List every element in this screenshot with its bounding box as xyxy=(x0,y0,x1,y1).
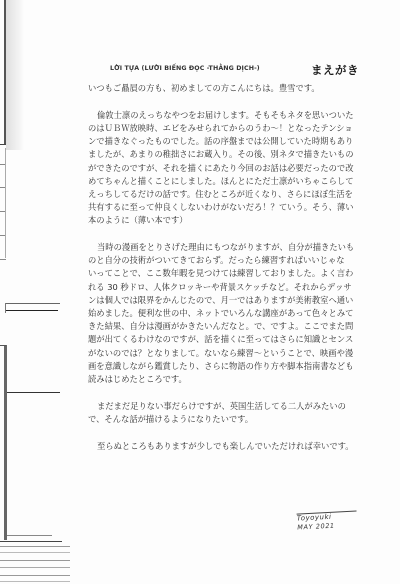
text-line: のと自分の技術がついてきておらず。だったら練習すればいいじゃな xyxy=(88,254,370,267)
panel-border xyxy=(6,310,58,311)
text-line: で、そんな話が描けるようになりたいです。 xyxy=(88,413,370,426)
panel-border xyxy=(0,345,6,346)
panel-border xyxy=(0,144,6,145)
panel-line xyxy=(0,575,70,576)
signature-date: MAY 2021 xyxy=(297,520,357,531)
text-line: がないのでは？となりまして。ないなら練習～ということで、映画や漫 xyxy=(88,347,370,360)
left-panel-bleed xyxy=(0,0,60,584)
paragraph-hopes: まだまだ足りない事だらけですが、英国生活してる二人がみたいの で、そんな話が描け… xyxy=(88,400,370,426)
text-line: めてちゃんと描くことにしました。ほんとにただ士凛がいちゃこらして xyxy=(88,175,370,188)
page-title: まえがき xyxy=(311,62,359,78)
text-line: まだまだ足りない事だらけですが、英国生活してる二人がみたいの xyxy=(88,400,370,413)
panel-border xyxy=(7,535,52,536)
text-line: れる 30 秒ドロ、人体クロッキーや背景スケッチなど。それからデッサ xyxy=(88,281,370,294)
panel-line xyxy=(0,552,70,553)
text-line: 始めました。便利な世の中、ネットでいろんな講座があって色々とみて xyxy=(88,307,370,320)
text-line: 倫敦士凛のえっちなやつをお届けします。そもそもネタを思いついた xyxy=(88,109,370,122)
text-line: いつもご贔屓の方も、初めましての方こんにちは。豊雪です。 xyxy=(88,82,370,95)
author-signature: Toyoyuki MAY 2021 xyxy=(297,510,358,531)
panel-border xyxy=(5,303,60,304)
text-line: ができたのですが、それを描くにあたり今回のお話は必要だったので改 xyxy=(88,162,370,175)
panel-tick xyxy=(0,259,6,260)
preface-body: いつもご贔屓の方も、初めましての方こんにちは。豊雪です。 倫敦士凛のえっちなやつ… xyxy=(88,82,370,453)
text-line: 至らぬところもありますが少しでも楽しんでいただければ幸いです。 xyxy=(88,440,370,453)
text-line: えっちしてるだけの話です。住むところが近くなり、さらにほぼ生活を xyxy=(88,188,370,201)
panel-border xyxy=(7,392,60,393)
panel-line xyxy=(0,560,70,561)
panel-border xyxy=(0,541,62,542)
paragraph-closing: 至らぬところもありますが少しでも楽しんでいただければ幸いです。 xyxy=(88,440,370,453)
text-line: 共有するに至って仲良くしないわけがないだろ！？ていう。そう、薄い xyxy=(88,201,370,214)
text-line: のはＵＢＷ放映時、エビをみせられてからのうわ～！となったテンショ xyxy=(88,122,370,135)
text-line: ンで描きなぐったものでした。話の序盤までは公開していた時期もあり xyxy=(88,135,370,148)
text-line: 本のように（薄い本です） xyxy=(88,214,370,227)
panel-border xyxy=(5,303,6,313)
text-line: 画を意識しながら鑑賞したり、さらに物語の作り方や脚本指南書なども xyxy=(88,360,370,373)
panel-line xyxy=(0,567,70,568)
text-line: いってことで、ここ数年暇を見つけては練習しておりました。よく言わ xyxy=(88,267,370,280)
text-line: 題が出てくるわけなのですが、話を描くに至ってはさらに知識とセンス xyxy=(88,333,370,346)
text-line: 読みはじめたところです。 xyxy=(88,373,370,386)
text-line: きた結果、自分は漫画がかきたいんだなと。で、ですよ。ここでまた問 xyxy=(88,320,370,333)
paragraph-story: 倫敦士凛のえっちなやつをお届けします。そもそもネタを思いついた のはＵＢＷ放映時… xyxy=(88,109,370,228)
panel-line xyxy=(0,581,70,582)
translator-title: LỜI TỰA (LƯỜI BIẾNG ĐỌC -THẰNG DỊCH-) xyxy=(110,65,260,72)
panel-border xyxy=(5,148,6,258)
panel-border xyxy=(4,345,7,540)
paragraph-greeting: いつもご贔屓の方も、初めましての方こんにちは。豊雪です。 xyxy=(88,82,370,95)
text-line: ましたが、あまりの稚拙さにお蔵入り。その後、別ネタで描きたいもの xyxy=(88,148,370,161)
scanned-page: LỜI TỰA (LƯỜI BIẾNG ĐỌC -THẰNG DỊCH-) まえ… xyxy=(0,0,400,584)
text-line: ンは個人では限界をかんじたので、月一ではありますが美術教室へ通い xyxy=(88,294,370,307)
text-line: 当時の漫画をとりさげた理由にもつながりますが、自分が描きたいも xyxy=(88,241,370,254)
title-row: LỜI TỰA (LƯỜI BIẾNG ĐỌC -THẰNG DỊCH-) まえ… xyxy=(0,62,400,78)
paragraph-practice: 当時の漫画をとりさげた理由にもつながりますが、自分が描きたいも のと自分の技術が… xyxy=(88,241,370,386)
panel-line xyxy=(0,546,70,547)
